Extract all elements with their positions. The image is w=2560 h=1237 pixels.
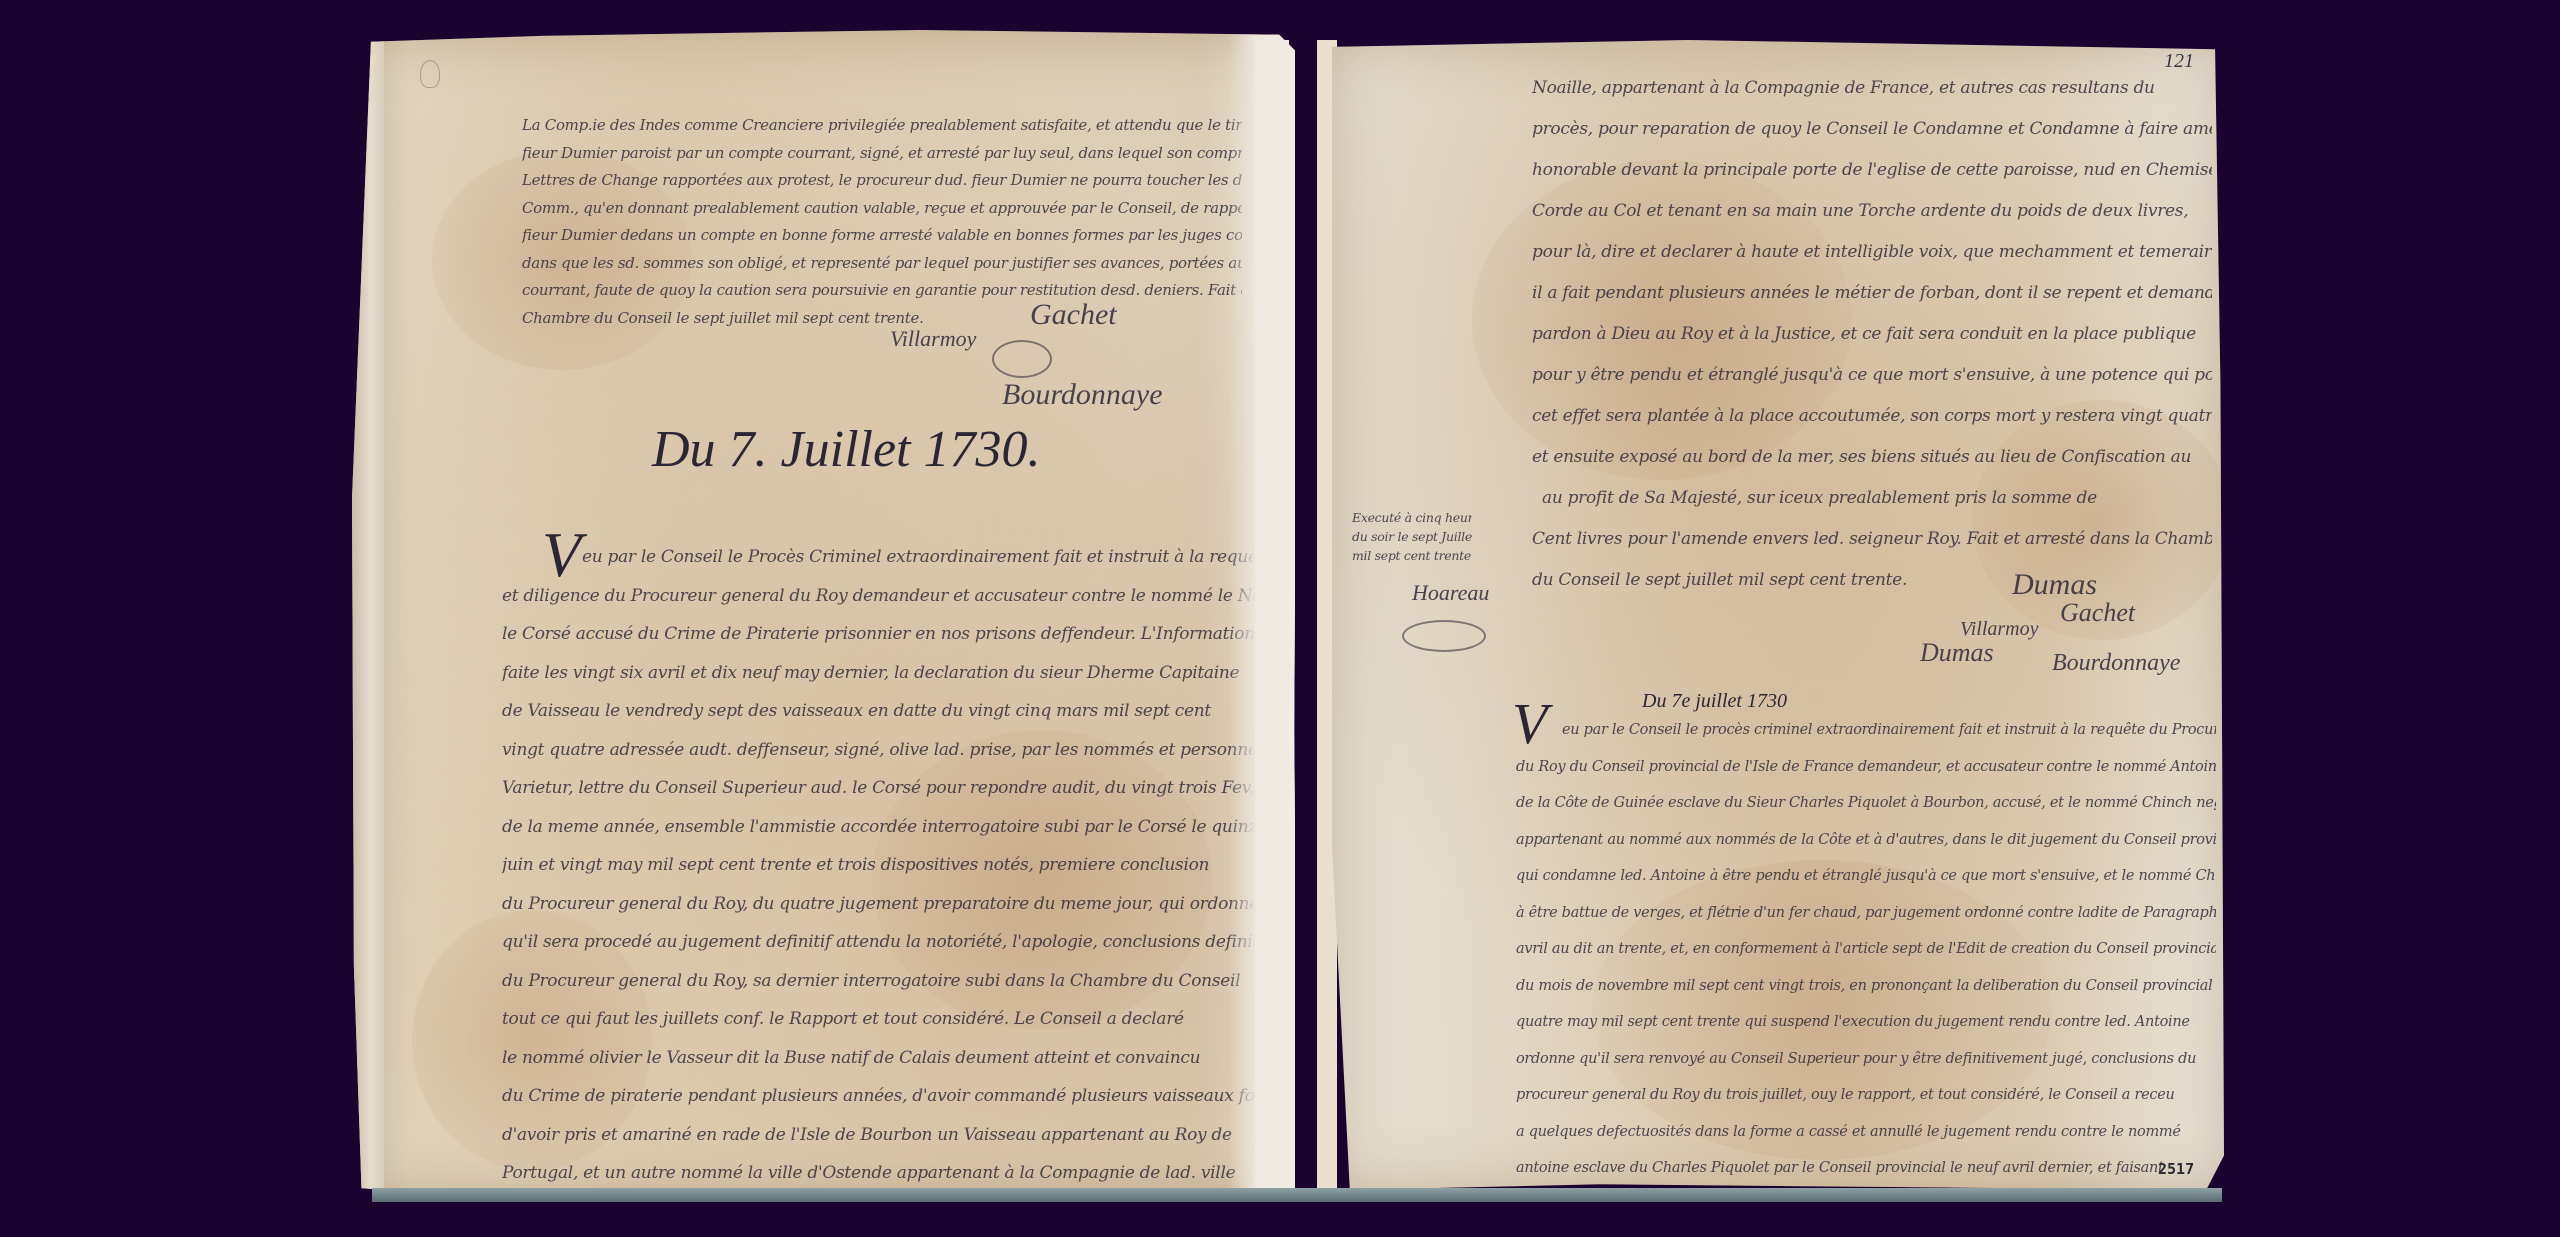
text-line: pardon à Dieu au Roy et à la Justice, et…	[1532, 314, 2212, 355]
text-line: Executé à cinq heures	[1352, 508, 1472, 527]
text-line: tout ce qui faut les juillets conf. le R…	[502, 1000, 1262, 1039]
text-line: Portugal, et un autre nommé la ville d'O…	[502, 1154, 1262, 1193]
text-line: vingt quatre adressée audt. deffenseur, …	[502, 731, 1262, 770]
text-line: quatre may mil sept cent trente qui susp…	[1516, 1004, 2216, 1041]
gutter-gap	[1295, 40, 1317, 1190]
signature-margin-note: Hoareau	[1412, 580, 1489, 606]
text-line: de la Côte de Guinée esclave du Sieur Ch…	[1516, 785, 2216, 822]
text-line: du soir le sept Juillet	[1352, 527, 1472, 546]
text-line: le Corsé accusé du Crime de Piraterie pr…	[502, 615, 1262, 654]
text-line: antoine esclave du Charles Piquolet par …	[1516, 1150, 2216, 1187]
text-line: cet effet sera plantée à la place accout…	[1532, 396, 2212, 437]
right-manuscript-page: 121 Noaille, appartenant à la Compagnie …	[1332, 40, 2224, 1190]
execution-margin-note: Executé à cinq heures du soir le sept Ju…	[1352, 508, 1472, 565]
text-line: Chambre du Conseil le sept juillet mil s…	[522, 305, 1242, 333]
archive-stamp-number: 2517	[2158, 1160, 2194, 1178]
text-line: procureur general du Roy du trois juille…	[1516, 1077, 2216, 1114]
text-line: Noaille, appartenant à la Compagnie de F…	[1532, 68, 2212, 109]
signature-gachet: Gachet	[1030, 298, 1117, 332]
signature-flourish	[992, 340, 1052, 378]
text-line: Varietur, lettre du Conseil Superieur au…	[502, 769, 1262, 808]
text-line: a quelques defectuosités dans la forme a…	[1516, 1114, 2216, 1151]
text-line: eu par le Conseil le procès criminel ext…	[1516, 712, 2216, 749]
text-line: pour là, dire et declarer à haute et int…	[1532, 232, 2212, 273]
book-bottom-edge	[372, 1188, 2222, 1202]
right-top-text-section: Noaille, appartenant à la Compagnie de F…	[1532, 68, 2212, 601]
text-line: fieur Dumier paroist par un compte courr…	[522, 140, 1242, 168]
text-line: qu'il sera procedé au jugement definitif…	[502, 923, 1262, 962]
text-line: de la meme année, ensemble l'ammistie ac…	[502, 808, 1262, 847]
text-line: qui condamne led. Antoine à être pendu e…	[1516, 858, 2216, 895]
text-line: appartenant au nommé aux nommés de la Cô…	[1516, 822, 2216, 859]
signature-gachet: Gachet	[2060, 598, 2135, 628]
text-line: et ensuite exposé au bord de la mer, ses…	[1532, 437, 2212, 478]
text-line: au profit de Sa Majesté, sur iceux preal…	[1532, 478, 2212, 519]
signature-dumas: Dumas	[2012, 568, 2097, 602]
text-line: Cent livres pour l'amende envers led. se…	[1532, 519, 2212, 560]
text-line: du Conseil le sept juillet mil sept cent…	[1532, 560, 2212, 601]
paper-strip	[1255, 40, 1289, 1190]
signature-flourish	[1402, 620, 1486, 652]
text-line: du mois de novembre mil sept cent vingt …	[1516, 968, 2216, 1005]
text-line: d'avoir pris et amariné en rade de l'Isl…	[502, 1116, 1262, 1155]
right-body-text: eu par le Conseil le procès criminel ext…	[1516, 712, 2216, 1187]
text-line: à être battue de verges, et flétrie d'un…	[1516, 895, 2216, 932]
text-line: dans que les sd. sommes son obligé, et r…	[522, 250, 1242, 278]
text-line: Lettres de Change rapportées aux protest…	[522, 167, 1242, 195]
text-line: ordonne qu'il sera renvoyé au Conseil Su…	[1516, 1041, 2216, 1078]
text-line: du Procureur general du Roy, sa dernier …	[502, 962, 1262, 1001]
text-line: du Roy du Conseil provincial de l'Isle d…	[1516, 749, 2216, 786]
text-line: Comm., qu'en donnant prealablement cauti…	[522, 195, 1242, 223]
left-top-text-section: La Comp.ie des Indes comme Creanciere pr…	[522, 112, 1242, 332]
text-line: juin et vingt may mil sept cent trente e…	[502, 846, 1262, 885]
text-line: mil sept cent trente	[1352, 546, 1472, 565]
signature-villarmoy: Villarmoy	[890, 326, 976, 352]
corner-stamp-mark	[420, 60, 440, 88]
signature-dumas-2: Dumas	[1920, 638, 1994, 668]
date-heading: Du 7. Juillet 1730.	[652, 420, 1041, 479]
text-line: La Comp.ie des Indes comme Creanciere pr…	[522, 112, 1242, 140]
date-heading: Du 7e juillet 1730	[1642, 690, 1787, 713]
text-line: de Vaisseau le vendredy sept des vaissea…	[502, 692, 1262, 731]
text-line: du Procureur general du Roy, du quatre j…	[502, 885, 1262, 924]
text-line: il a fait pendant plusieurs années le mé…	[1532, 273, 2212, 314]
text-line: honorable devant la principale porte de …	[1532, 150, 2212, 191]
text-line: du Crime de piraterie pendant plusieurs …	[502, 1077, 1262, 1116]
text-line: pour y être pendu et étranglé jusqu'à ce…	[1532, 355, 2212, 396]
signature-bourdonnaye: Bourdonnaye	[1002, 378, 1163, 412]
text-line: le nommé olivier le Vasseur dit la Buse …	[502, 1039, 1262, 1078]
left-manuscript-page: La Comp.ie des Indes comme Creanciere pr…	[352, 30, 1298, 1200]
signature-bourdonnaye: Bourdonnaye	[2052, 650, 2180, 677]
text-line: et diligence du Procureur general du Roy…	[502, 577, 1262, 616]
text-line: fieur Dumier dedans un compte en bonne f…	[522, 222, 1242, 250]
left-body-text: eu par le Conseil le Procès Criminel ext…	[502, 538, 1262, 1231]
text-line: courrant, faute de quoy la caution sera …	[522, 277, 1242, 305]
text-line: faite les vingt six avril et dix neuf ma…	[502, 654, 1262, 693]
text-line: eu par le Conseil le Procès Criminel ext…	[502, 538, 1262, 577]
text-line: avril au dit an trente, et, en conformem…	[1516, 931, 2216, 968]
text-line: procès, pour reparation de quoy le Conse…	[1532, 109, 2212, 150]
text-line: Corde au Col et tenant en sa main une To…	[1532, 191, 2212, 232]
